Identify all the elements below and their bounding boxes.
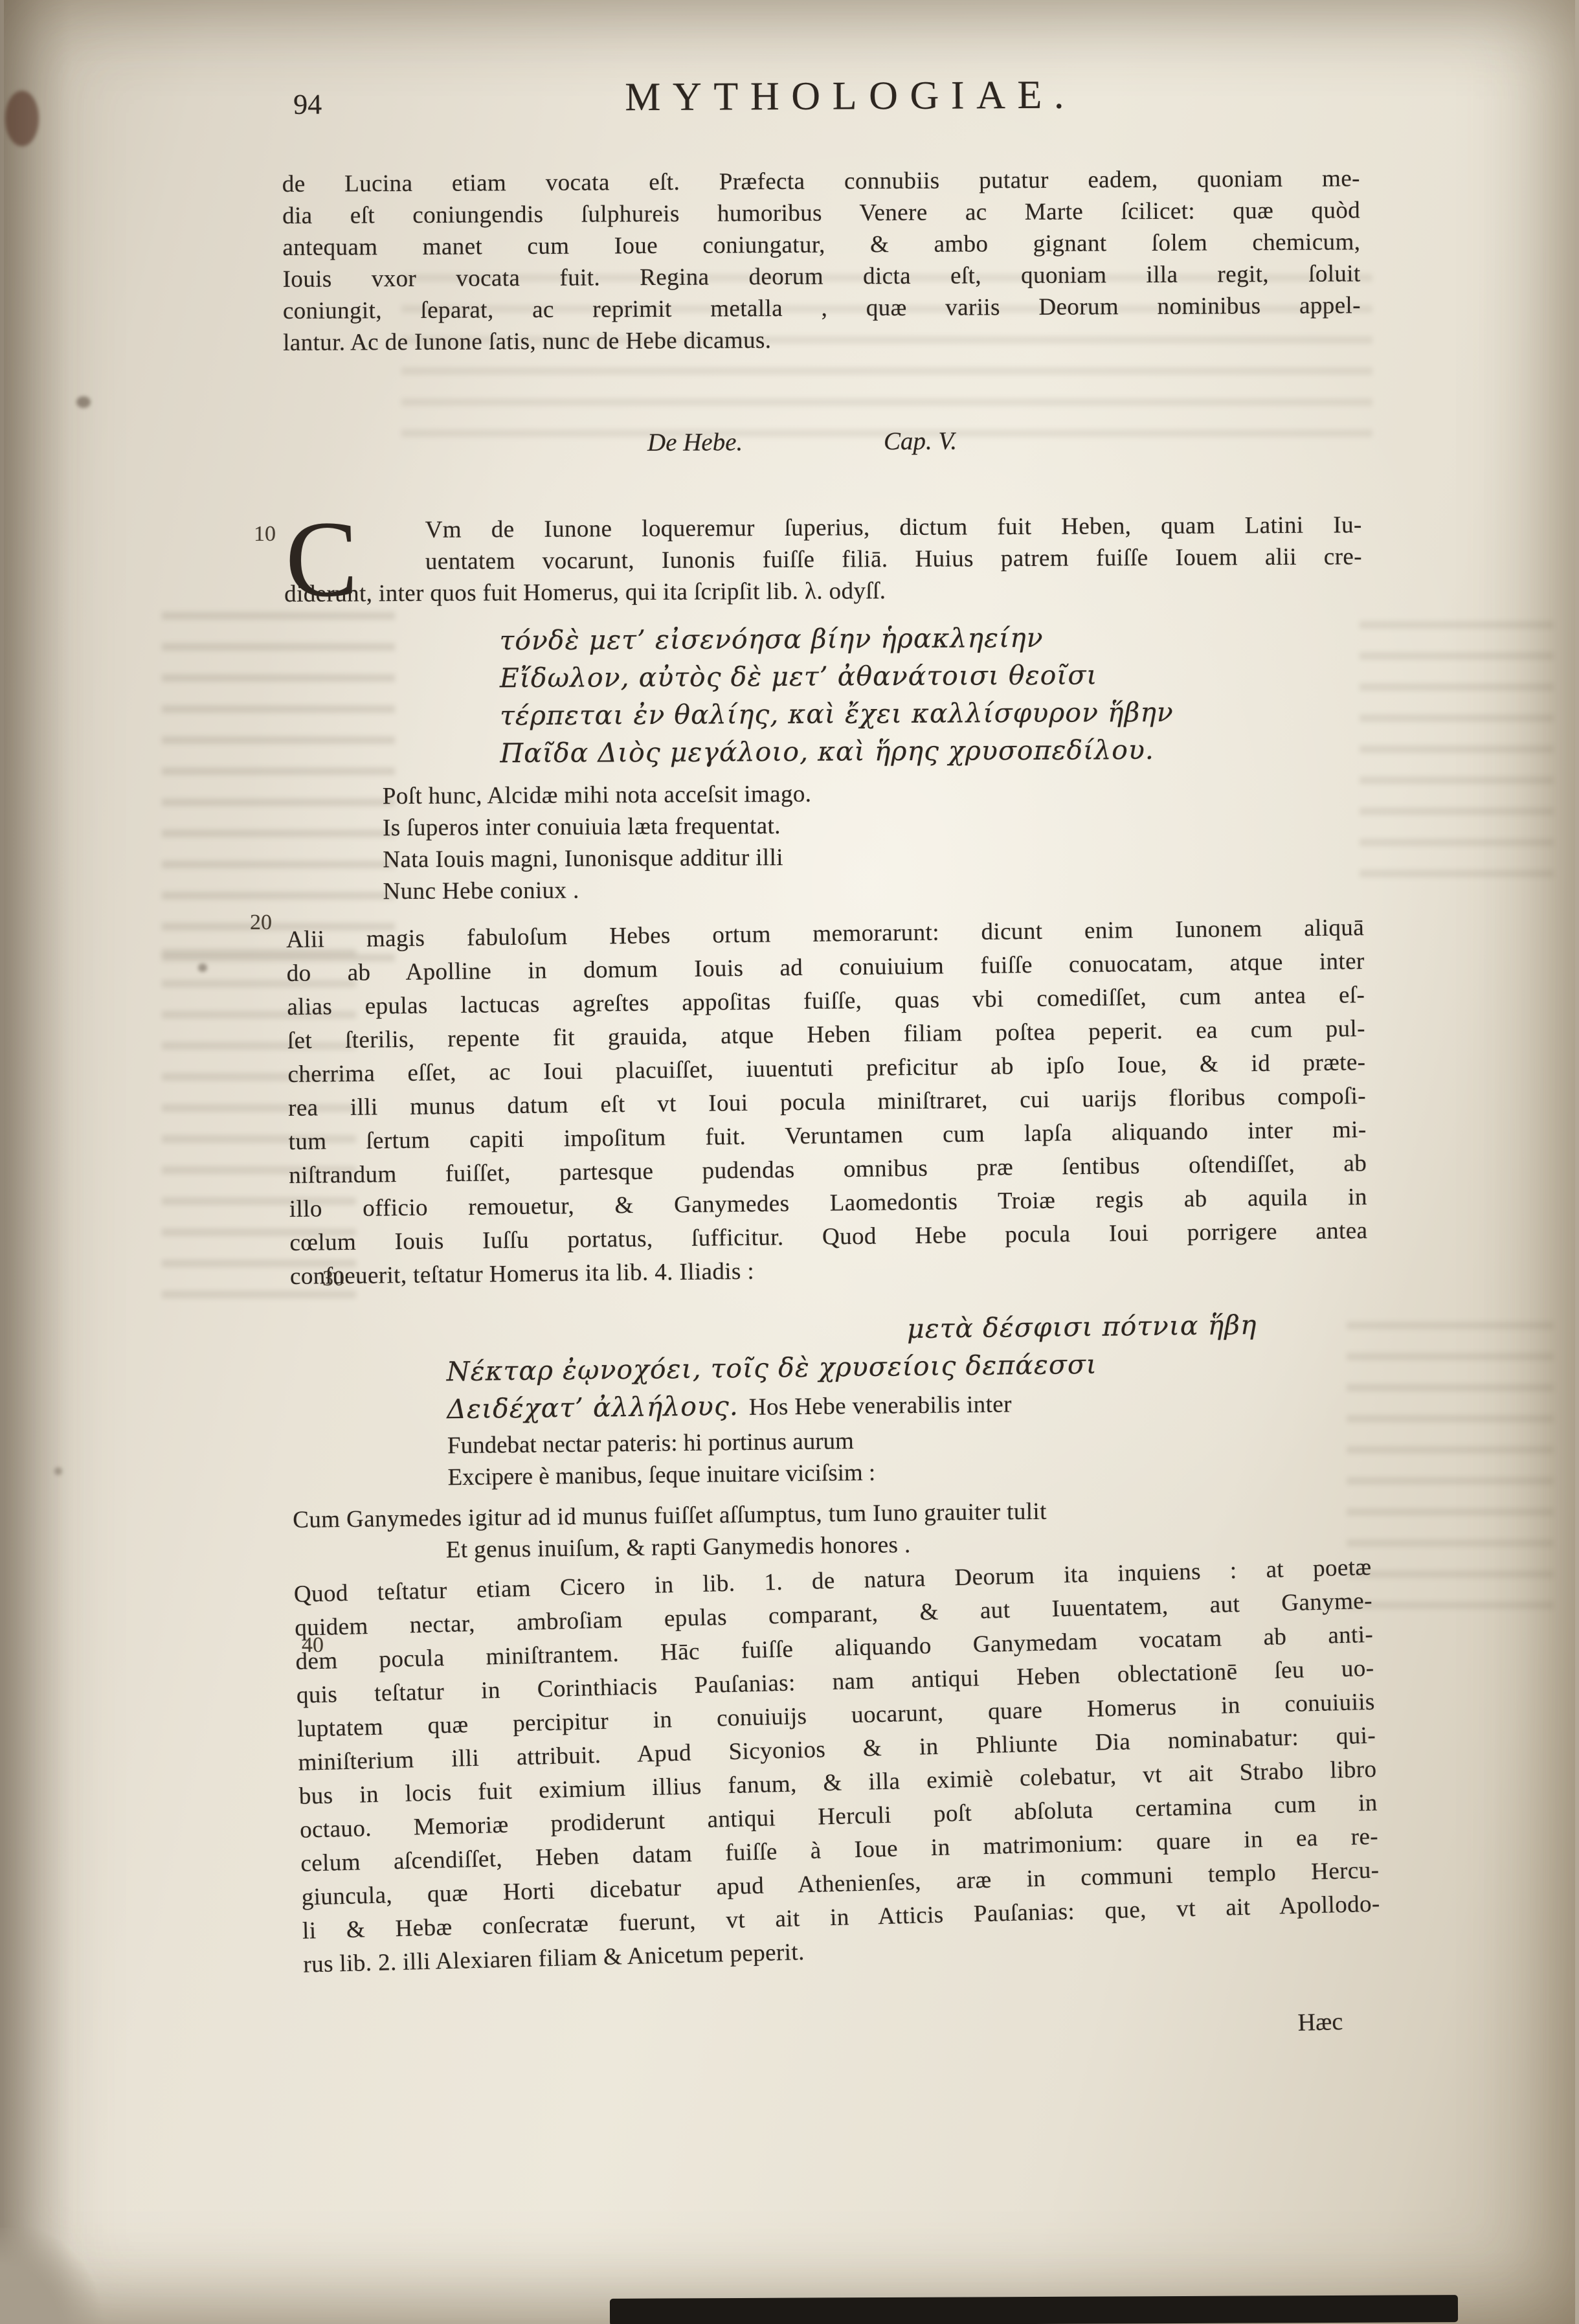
ink-showthrough <box>1360 615 1554 887</box>
greek-quote-homer-iliad: μετὰ δέσφισι πότνια ἥβη Νέκταρ ἐῳνοχόει,… <box>291 1305 1371 1495</box>
text-line: antequam manet cum Ioue coniungatur, & a… <box>282 226 1360 264</box>
chapter-label: Cap. V. <box>884 427 957 456</box>
latin-fragment: Hos Hebe venerabilis inter <box>749 1391 1012 1421</box>
gutter-shadow <box>0 0 71 2324</box>
latin-verse-translation: Poſt hunc, Alcidæ mihi nota acceſsit ima… <box>286 775 1364 908</box>
catchword: Hæc <box>1297 2008 1343 2036</box>
text-line: lantur. Ac de Iunone ſatis, nunc de Hebe… <box>283 321 1361 359</box>
text-line: Iouis vxor vocata fuit. Regina deorum di… <box>283 258 1361 295</box>
text-line: τέρπεται ἐν θαλίης, καὶ ἔχει καλλίσφυρον… <box>500 692 1363 734</box>
text-line: Vm de Iunone loqueremur ſuperius, dictum… <box>284 509 1362 547</box>
margin-line-number: 10 <box>254 522 276 547</box>
page-header: 94 MYTHOLOGIAE. <box>282 71 1360 132</box>
text-line: Is ſuperos inter conuiuia læta frequenta… <box>383 807 1363 844</box>
running-title: MYTHOLOGIAE. <box>311 71 1389 122</box>
ink-stain <box>54 1467 62 1475</box>
text-line: uentatem vocarunt, Iunonis fuiſſe filiā.… <box>284 541 1362 578</box>
scan-edge-shadow <box>610 2295 1458 2324</box>
page-corner <box>0 2228 142 2324</box>
drop-cap: C <box>286 510 359 608</box>
book-page-photo: { "page": { "number": "94", "running_tit… <box>0 0 1579 2324</box>
intro-paragraph: de Lucina etiam vocata eſt. Præfecta con… <box>282 163 1361 359</box>
hebe-story-paragraph: Alii magis fabuloſum Hebes ortum memorar… <box>286 911 1368 1294</box>
catchword-row: Hæc <box>305 2007 1383 2062</box>
text-line: Poſt hunc, Alcidæ mihi nota acceſsit ima… <box>383 775 1363 812</box>
text-line: Nunc Hebe coniux . <box>383 870 1363 907</box>
text-line: Nata Iouis magni, Iunonisque additur ill… <box>383 839 1363 875</box>
text-line: τόνδὲ μετ’ εἰσενόησα βίην ἡρακληείην <box>499 617 1362 659</box>
chapter-title: De Hebe. <box>647 428 743 457</box>
greek-quote-homer-odyssey: τόνδὲ μετ’ εἰσενόησα βίην ἡρακληείηνΕἴδω… <box>284 617 1363 773</box>
text-line: coniungit, ſeparat, ac reprimit metalla … <box>283 289 1361 327</box>
cicero-paragraph: Quod teſtatur etiam Cicero in lib. 1. de… <box>293 1551 1381 1982</box>
text-line: dia eſt coniungendis ſulphureis humoribu… <box>282 194 1360 232</box>
chapter-opening-paragraph: C Vm de Iunone loqueremur ſuperius, dict… <box>284 509 1363 610</box>
greek-fragment: Δειδέχατ’ ἀλλήλους. <box>447 1390 739 1425</box>
text-block: 94 MYTHOLOGIAE. de Lucina etiam vocata e… <box>282 71 1370 2062</box>
ink-stain <box>198 964 207 972</box>
ink-showthrough <box>1347 1308 1554 1619</box>
chapter-heading: De Hebe. Cap. V. <box>284 424 1361 460</box>
ink-stain <box>5 91 39 146</box>
text-line: Παῖδα Διὸς μεγάλοιο, καὶ ἥρης χρυσοπεδίλ… <box>500 730 1363 772</box>
chapter-opening-lines: Vm de Iunone loqueremur ſuperius, dictum… <box>284 509 1363 610</box>
text-line: de Lucina etiam vocata eſt. Præfecta con… <box>282 163 1360 200</box>
ink-stain <box>76 396 91 408</box>
text-line: Εἴδωλον, αὐτὸς δὲ μετ’ ἀθανάτοισι θεοῖσι <box>500 655 1363 697</box>
margin-line-number: 20 <box>250 910 272 935</box>
text-line: diderunt, inter quos fuit Homerus, qui i… <box>284 572 1362 610</box>
